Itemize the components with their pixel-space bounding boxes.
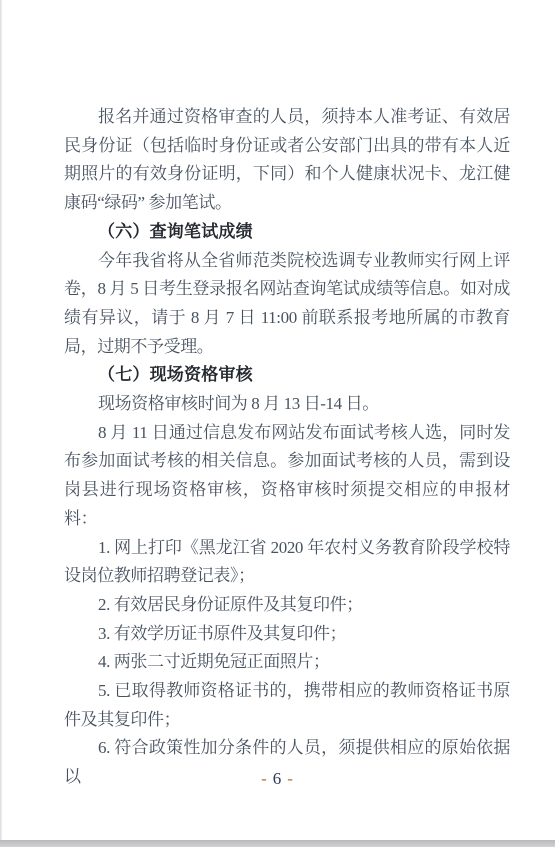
page-number: -6- [0,769,555,789]
list-item-3-diploma: 3. 有效学历证书原件及其复印件； [64,620,510,649]
scan-bottom-edge [0,840,555,847]
list-item-4-photos: 4. 两张二寸近期免冠正面照片； [64,648,510,677]
list-item-1-registration-form: 1. 网上打印《黑龙江省 2020 年农村义务教育阶段学校特设岗位教师招聘登记表… [64,534,510,591]
document-page: 报名并通过资格审查的人员，须持本人准考证、有效居民身份证（包括临时身份证或者公安… [0,0,555,847]
list-item-2-id-card: 2. 有效居民身份证原件及其复印件； [64,591,510,620]
heading-section-7-onsite-qualification-review: （七）现场资格审核 [64,361,510,390]
page-number-dash-left: - [261,769,268,788]
scan-left-edge [0,0,2,847]
paragraph-review-time: 现场资格审核时间为 8 月 13 日-14 日。 [64,390,510,419]
paragraph-written-test-requirements: 报名并通过资格审查的人员，须持本人准考证、有效居民身份证（包括临时身份证或者公安… [64,103,510,218]
list-item-5-teacher-certificate: 5. 已取得教师资格证书的，携带相应的教师资格证书原件及其复印件； [64,677,510,734]
page-number-value: 6 [268,769,288,788]
page-number-dash-right: - [287,769,294,788]
paragraph-score-query-info: 今年我省将从全省师范类院校选调专业教师实行网上评卷，8 月 5 日考生登录报名网… [64,247,510,362]
heading-section-6-query-written-test-scores: （六）查询笔试成绩 [64,218,510,247]
document-body: 报名并通过资格审查的人员，须持本人准考证、有效居民身份证（包括临时身份证或者公安… [64,103,510,792]
paragraph-interview-announcement: 8 月 11 日通过信息发布网站发布面试考核人选，同时发布参加面试考核的相关信息… [64,419,510,534]
